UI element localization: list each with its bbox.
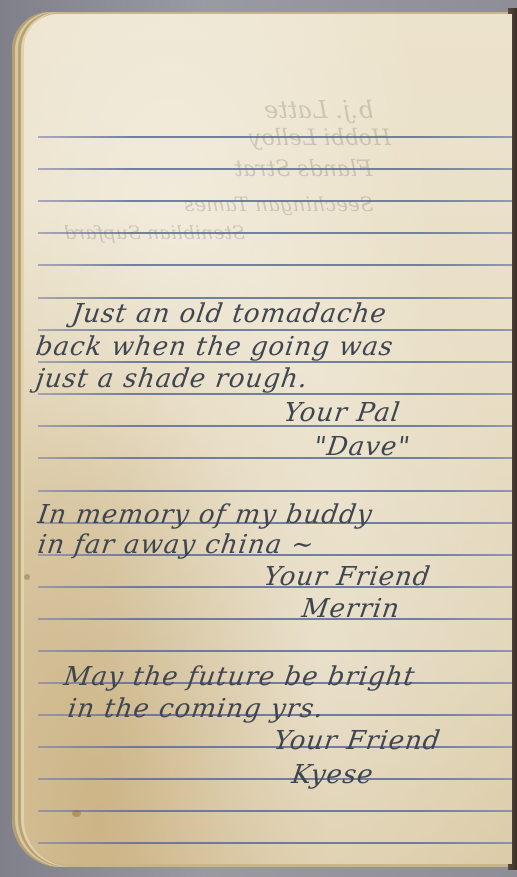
- signature: Merrin: [300, 594, 402, 624]
- message-line: in the coming yrs.: [66, 694, 326, 724]
- show-through-line: Steniblian Supfard: [64, 222, 245, 244]
- rule-line: [38, 810, 512, 812]
- signature: Kyese: [290, 760, 376, 790]
- message-line: Just an old tomadache: [70, 299, 389, 329]
- closing: Your Pal: [282, 398, 402, 428]
- rule-line: [38, 457, 512, 459]
- signature: "Dave": [312, 432, 413, 462]
- message-line: May the future be bright: [62, 662, 417, 692]
- rule-line: [38, 490, 512, 492]
- rule-line: [38, 425, 512, 427]
- rule-line: [38, 778, 512, 780]
- show-through-line: Hobbi Lelloy: [249, 126, 391, 151]
- closing: Your Friend: [272, 726, 443, 756]
- paper-stain: [72, 810, 81, 817]
- message-line: just a shade rough.: [34, 364, 310, 394]
- rule-line: [38, 650, 512, 652]
- show-through-line: Seechingan Tames: [184, 192, 373, 216]
- message-line: back when the going was: [34, 332, 396, 362]
- paper-stain: [24, 574, 30, 580]
- message-line: In memory of my buddy: [36, 500, 375, 530]
- show-through-line: b.j. Latte: [264, 96, 373, 124]
- rule-line: [38, 842, 512, 844]
- rule-line: [38, 329, 512, 331]
- show-through-line: Flands Strat: [234, 157, 372, 182]
- rule-line: [38, 264, 512, 266]
- message-line: in far away china ~: [36, 530, 316, 560]
- rule-line: [38, 618, 512, 620]
- notebook-page: b.j. Latte Hobbi Lelloy Flands Strat See…: [24, 14, 512, 864]
- closing: Your Friend: [262, 562, 433, 592]
